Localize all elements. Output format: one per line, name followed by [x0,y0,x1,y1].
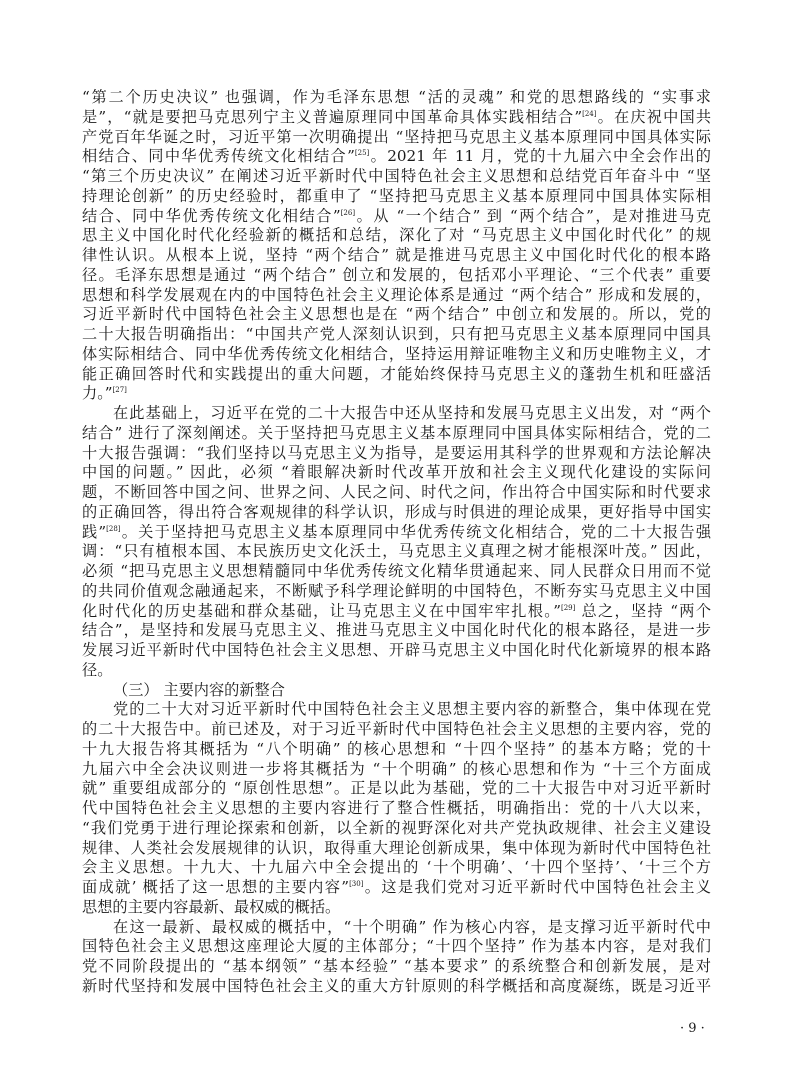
line-text: 径。 [82,661,112,679]
line-text: 律性认识。从根本上说，坚持 “两个结合” 就是推进马克思主义中国化时代化的根本路 [82,246,711,264]
section-heading: （三） 主要内容的新整合 [82,681,711,701]
line-text: “第三个历史决议” 在阐述习近平新时代中国特色社会主义思想和总结党百年奋斗中 “… [82,167,711,185]
text-line: 思想的主要内容最新、最权威的概括。 [82,898,711,918]
text-line: 体实际相结合、同中华优秀传统文化相结合，坚持运用辩证唯物主义和历史唯物主义，才 [82,345,711,365]
line-text: 代中国特色社会主义思想的主要内容进行了整合性概括，明确指出：党的十八大以来， [82,799,711,817]
text-line: 结合” 进行了深刻阐述。关于坚持把马克思主义基本原理同中国具体实际相结合，党的二 [82,424,711,444]
line-text: 践” [82,523,106,541]
line-text: 题，不断回答中国之问、世界之问、人民之问、时代之问，作出符合中国实际和时代要求 [82,483,711,501]
line-text: 发展习近平新时代中国特色社会主义思想、开辟马克思主义中国化时代化新境界的根本路 [82,641,711,659]
line-text: 党不同阶段提出的 “基本纲领” “基本经验” “基本要求” 的系统整合和创新发展… [82,957,711,975]
line-text: 结合” 进行了深刻阐述。关于坚持把马克思主义基本原理同中国具体实际相结合，党的二 [82,424,711,442]
text-line: 题，不断回答中国之问、世界之问、人民之问、时代之问，作出符合中国实际和时代要求 [82,483,711,503]
text-line: 十九大报告将其概括为 “八个明确” 的核心思想和 “十四个坚持” 的基本方略；党… [82,740,711,760]
line-text: 结合”，是坚持和发展马克思主义、推进马克思主义中国化时代化的根本路径，是进一步 [82,621,711,639]
text-line: 是”，“就是要把马克思列宁主义普遍原理同中国革命具体实践相结合”[24]。在庆祝… [82,108,711,128]
line-text: 体实际相结合、同中华优秀传统文化相结合，坚持运用辩证唯物主义和历史唯物主义，才 [82,345,711,363]
line-text: 思想和科学发展观在内的中国特色社会主义理论体系是通过 “两个结合” 形成和发展的… [82,286,711,304]
citation-ref: [24] [582,110,596,118]
line-text: 二十大报告明确指出：“中国共产党人深刻认识到，只有把马克思主义基本原理同中国具 [82,325,711,343]
text-line: “我们党勇于进行理论探索和创新，以全新的视野深化对共产党执政规律、社会主义建设 [82,819,711,839]
text-line: 的共同价值观念融通起来，不断赋予科学理论鲜明的中国特色，不断夯实马克思主义中国 [82,582,711,602]
text-line: 十大报告强调：“我们坚持以马克思主义为指导，是要运用其科学的世界观和方法论解决 [82,444,711,464]
text-line: 国特色社会主义思想这座理论大厦的主体部分；“十四个坚持” 作为基本内容，是对我们 [82,937,711,957]
line-text: 持理论创新” 的历史经验时，都重申了 “坚持把马克思主义基本原理同中国具体实际相 [82,187,711,205]
line-text: 径。毛泽东思想是通过 “两个结合” 创立和发展的，包括邓小平理论、“三个代表” … [82,266,711,284]
line-text: 。2021 年 11 月，党的十九届六中全会作出的 [369,147,711,165]
line-text: 力。” [82,384,113,402]
line-text: 习近平新时代中国特色社会主义思想也是在 “两个结合” 中创立和发展的。所以，党的 [82,305,711,323]
line-text: 在此基础上，习近平在党的二十大报告中还从坚持和发展马克思主义出发，对 “两个 [113,404,711,422]
line-text: 相结合、同中华优秀传统文化相结合” [82,147,355,165]
line-text: 产党百年华诞之时，习近平第一次明确提出 “坚持把马克思主义基本原理同中国具体实际 [82,128,711,146]
text-line: 调：“只有植根本国、本民族历史文化沃土，马克思主义真理之树才能根深叶茂。” 因此… [82,542,711,562]
line-text: 。从 “一个结合” 到 “两个结合”，是对推进马克 [355,207,711,225]
text-line: 化时代化的历史基础和群众基础，让马克思主义在中国牢牢扎根。”[29] 总之，坚持… [82,602,711,622]
citation-ref: [25] [355,149,369,157]
text-line: 九届六中全会决议则进一步将其概括为 “十个明确” 的核心思想和作为 “十三个方面… [82,760,711,780]
text-line: 结合”，是坚持和发展马克思主义、推进马克思主义中国化时代化的根本路径，是进一步 [82,621,711,641]
line-text: 规律、人类社会发展规律的认识，取得重大理论创新成果，集中体现为新时代中国特色社 [82,839,711,857]
citation-ref: [28] [106,525,120,533]
text-line: 思主义中国化时代化经验新的概括和总结，深化了对 “马克思主义中国化时代化” 的规 [82,226,711,246]
line-text: 面成就’ 概括了这一思想的主要内容” [82,878,349,896]
text-line: 径。毛泽东思想是通过 “两个结合” 创立和发展的，包括邓小平理论、“三个代表” … [82,266,711,286]
line-text: 调：“只有植根本国、本民族历史文化沃土，马克思主义真理之树才能根深叶茂。” 因此… [82,542,711,560]
line-text: “我们党勇于进行理论探索和创新，以全新的视野深化对共产党执政规律、社会主义建设 [82,819,711,837]
citation-ref: [29] [561,604,575,612]
line-text: 新时代坚持和发展中国特色社会主义的重大方针原则的科学概括和高度凝练，既是习近平 [82,977,711,995]
text-line: “第三个历史决议” 在阐述习近平新时代中国特色社会主义思想和总结党百年奋斗中 “… [82,167,711,187]
text-line: 力。”[27] [82,384,711,404]
text-line: 相结合、同中华优秀传统文化相结合”[25]。2021 年 11 月，党的十九届六… [82,147,711,167]
text-line: 代中国特色社会主义思想的主要内容进行了整合性概括，明确指出：党的十八大以来， [82,799,711,819]
line-text: “第二个历史决议” 也强调，作为毛泽东思想 “活的灵魂” 和党的思想路线的 “实… [82,88,711,106]
text-line: 党的二十大对习近平新时代中国特色社会主义思想主要内容的新整合，集中体现在党 [82,700,711,720]
text-line: 践”[28]。关于坚持把马克思主义基本原理同中华优秀传统文化相结合，党的二十大报… [82,523,711,543]
line-text: 的二十大报告中。前已述及，对于习近平新时代中国特色社会主义思想的主要内容，党的 [82,720,711,738]
page-number: · 9 · [680,1021,705,1036]
citation-ref: [27] [113,386,127,394]
text-line: 二十大报告明确指出：“中国共产党人深刻认识到，只有把马克思主义基本原理同中国具 [82,325,711,345]
line-text: 。这是我们党对习近平新时代中国特色社会主义 [363,878,711,896]
citation-ref: [30] [349,880,363,888]
line-text: 的正确回答，得出符合客观规律的科学认识，形成与时俱进的理论成果，更好指导中国实 [82,503,711,521]
line-text: 化时代化的历史基础和群众基础，让马克思主义在中国牢牢扎根。” [82,602,561,620]
citation-ref: [26] [341,209,355,217]
text-line: 党不同阶段提出的 “基本纲领” “基本经验” “基本要求” 的系统整合和创新发展… [82,957,711,977]
text-line: 习近平新时代中国特色社会主义思想也是在 “两个结合” 中创立和发展的。所以，党的 [82,305,711,325]
line-text: 国特色社会主义思想这座理论大厦的主体部分；“十四个坚持” 作为基本内容，是对我们 [82,937,711,955]
line-text: 是”，“就是要把马克思列宁主义普遍原理同中国革命具体实践相结合” [82,108,582,126]
line-text: 十大报告强调：“我们坚持以马克思主义为指导，是要运用其科学的世界观和方法论解决 [82,444,711,462]
line-text: 能正确回答时代和实践提出的重大问题，才能始终保持马克思主义的蓬勃生机和旺盛活 [82,365,711,383]
line-text: 在这一最新、最权威的概括中，“十个明确” 作为核心内容，是支撑习近平新时代中 [113,918,711,936]
text-line: 面成就’ 概括了这一思想的主要内容”[30]。这是我们党对习近平新时代中国特色社… [82,878,711,898]
line-text: 中国的问题。” 因此，必须 “着眼解决新时代改革开放和社会主义现代化建设的实际问 [82,463,711,481]
line-text: 的共同价值观念融通起来，不断赋予科学理论鲜明的中国特色，不断夯实马克思主义中国 [82,582,711,600]
text-line: 在此基础上，习近平在党的二十大报告中还从坚持和发展马克思主义出发，对 “两个 [82,404,711,424]
line-text: 。在庆祝中国共 [596,108,711,126]
text-line: 就” 重要组成部分的 “原创性思想”。正是以此为基础，党的二十大报告中对习近平新… [82,779,711,799]
line-text: 思想的主要内容最新、最权威的概括。 [82,898,340,916]
text-line: 必须 “把马克思主义思想精髓同中华优秀传统文化精华贯通起来、同人民群众日用而不觉 [82,562,711,582]
text-line: 新时代坚持和发展中国特色社会主义的重大方针原则的科学概括和高度凝练，既是习近平 [82,977,711,997]
text-line: 的正确回答，得出符合客观规律的科学认识，形成与时俱进的理论成果，更好指导中国实 [82,503,711,523]
text-line: 结合、同中华优秀传统文化相结合”[26]。从 “一个结合” 到 “两个结合”，是… [82,207,711,227]
text-line: 持理论创新” 的历史经验时，都重申了 “坚持把马克思主义基本原理同中国具体实际相 [82,187,711,207]
text-line: “第二个历史决议” 也强调，作为毛泽东思想 “活的灵魂” 和党的思想路线的 “实… [82,88,711,108]
text-line: 规律、人类社会发展规律的认识，取得重大理论创新成果，集中体现为新时代中国特色社 [82,839,711,859]
text-line: 能正确回答时代和实践提出的重大问题，才能始终保持马克思主义的蓬勃生机和旺盛活 [82,365,711,385]
line-text: 必须 “把马克思主义思想精髓同中华优秀传统文化精华贯通起来、同人民群众日用而不觉 [82,562,711,580]
line-text: 。关于坚持把马克思主义基本原理同中华优秀传统文化相结合，党的二十大报告强 [121,523,711,541]
line-text: 党的二十大对习近平新时代中国特色社会主义思想主要内容的新整合，集中体现在党 [113,700,711,718]
text-line: 中国的问题。” 因此，必须 “着眼解决新时代改革开放和社会主义现代化建设的实际问 [82,463,711,483]
line-text: 九届六中全会决议则进一步将其概括为 “十个明确” 的核心思想和作为 “十三个方面… [82,760,711,778]
line-text: 结合、同中华优秀传统文化相结合” [82,207,341,225]
line-text: 会主义思想。十九大、十九届六中全会提出的 ‘十个明确’、‘十四个坚持’、‘十三个… [82,858,711,876]
line-text: 就” 重要组成部分的 “原创性思想”。正是以此为基础，党的二十大报告中对习近平新… [82,779,711,797]
text-line: 会主义思想。十九大、十九届六中全会提出的 ‘十个明确’、‘十四个坚持’、‘十三个… [82,858,711,878]
line-text: 十九大报告将其概括为 “八个明确” 的核心思想和 “十四个坚持” 的基本方略；党… [82,740,711,758]
text-line: 在这一最新、最权威的概括中，“十个明确” 作为核心内容，是支撑习近平新时代中 [82,918,711,938]
text-line: 产党百年华诞之时，习近平第一次明确提出 “坚持把马克思主义基本原理同中国具体实际 [82,128,711,148]
line-text: （三） 主要内容的新整合 [113,681,285,699]
text-line: 径。 [82,661,711,681]
text-line: 发展习近平新时代中国特色社会主义思想、开辟马克思主义中国化时代化新境界的根本路 [82,641,711,661]
document-body: “第二个历史决议” 也强调，作为毛泽东思想 “活的灵魂” 和党的思想路线的 “实… [82,88,711,997]
line-text: 总之，坚持 “两个 [575,602,711,620]
text-line: 的二十大报告中。前已述及，对于习近平新时代中国特色社会主义思想的主要内容，党的 [82,720,711,740]
text-line: 律性认识。从根本上说，坚持 “两个结合” 就是推进马克思主义中国化时代化的根本路 [82,246,711,266]
text-line: 思想和科学发展观在内的中国特色社会主义理论体系是通过 “两个结合” 形成和发展的… [82,286,711,306]
line-text: 思主义中国化时代化经验新的概括和总结，深化了对 “马克思主义中国化时代化” 的规 [82,226,711,244]
